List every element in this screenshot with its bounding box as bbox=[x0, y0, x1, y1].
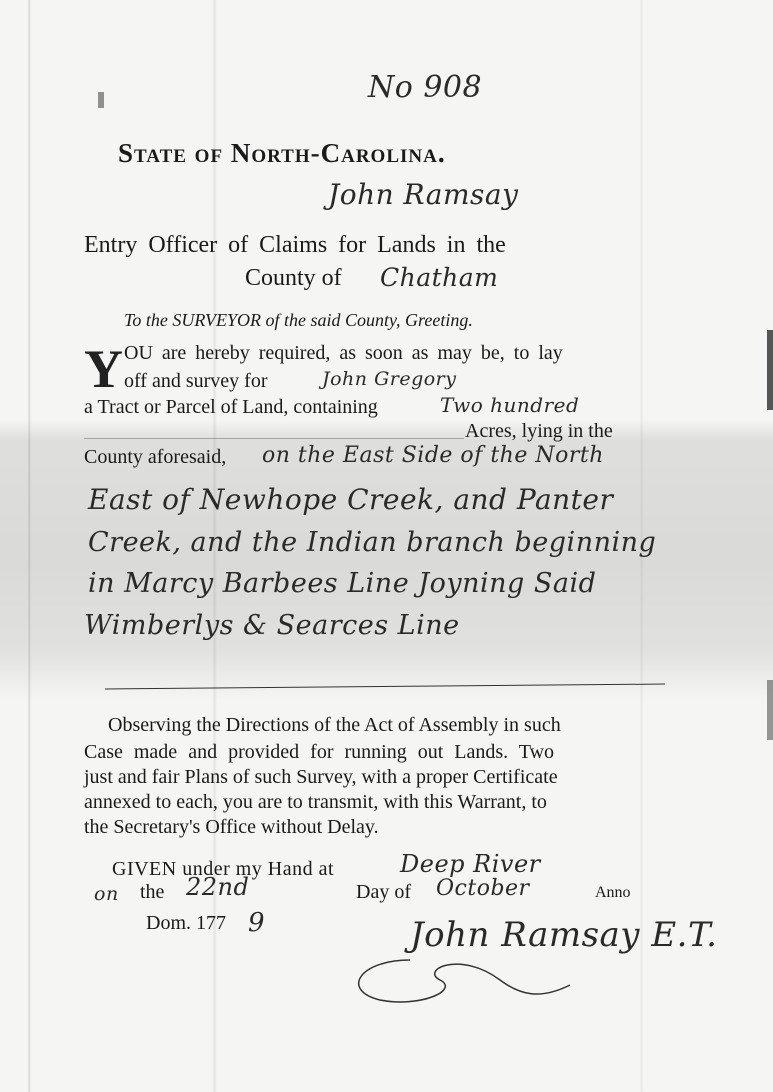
description-line: Creek, and the Indian branch beginning bbox=[88, 527, 656, 558]
anno-label: Anno bbox=[595, 884, 631, 902]
day-of-label: Day of bbox=[356, 881, 411, 904]
county-aforesaid-label: County aforesaid, bbox=[84, 446, 226, 469]
signature-flourish bbox=[340, 940, 600, 1020]
description-line: on the East Side of the North bbox=[262, 443, 604, 468]
description-line: East of Newhope Creek, and Panter bbox=[88, 483, 613, 516]
ink-smudge bbox=[98, 92, 104, 108]
county-value: Chatham bbox=[380, 263, 498, 292]
directions-line: annexed to each, you are to transmit, wi… bbox=[84, 791, 547, 814]
greeting-line: To the SURVEYOR of the said County, Gree… bbox=[124, 310, 473, 331]
the-label: the bbox=[140, 881, 164, 904]
county-of-label: County of bbox=[245, 265, 342, 292]
directions-line: the Secretary's Office without Delay. bbox=[84, 816, 379, 839]
acres-value: Two hundred bbox=[440, 393, 579, 417]
body-line-2: off and survey for bbox=[124, 370, 267, 393]
body-line-1: OU are hereby required, as soon as may b… bbox=[124, 342, 563, 365]
surveyor-for-name: John Gregory bbox=[322, 368, 457, 390]
description-line: Wimberlys & Searces Line bbox=[84, 610, 460, 641]
description-line: in Marcy Barbees Line Joyning Said bbox=[88, 568, 596, 599]
warrant-number: No 908 bbox=[368, 70, 482, 105]
day-value: 22nd bbox=[186, 873, 249, 901]
acres-label: Acres, lying in the bbox=[465, 420, 613, 443]
month-value: October bbox=[436, 876, 530, 901]
entry-officer-line: Entry Officer of Claims for Lands in the bbox=[84, 232, 506, 259]
directions-line: Case made and provided for running out L… bbox=[84, 741, 554, 764]
officer-name: John Ramsay bbox=[328, 178, 518, 211]
directions-line: just and fair Plans of such Survey, with… bbox=[84, 766, 558, 789]
dom-label: Dom. 177 bbox=[146, 912, 226, 935]
on-label: on bbox=[94, 883, 119, 905]
page-edge-shadow bbox=[767, 330, 773, 410]
directions-line: Observing the Directions of the Act of A… bbox=[108, 714, 561, 737]
body-line-3: a Tract or Parcel of Land, containing bbox=[84, 396, 378, 419]
page-edge-shadow bbox=[767, 680, 773, 740]
given-place: Deep River bbox=[400, 850, 541, 878]
state-title: State of North-Carolina. bbox=[118, 138, 446, 169]
drop-cap: Y bbox=[84, 342, 123, 396]
fill-line bbox=[84, 438, 464, 439]
year-digit: 9 bbox=[248, 908, 265, 938]
